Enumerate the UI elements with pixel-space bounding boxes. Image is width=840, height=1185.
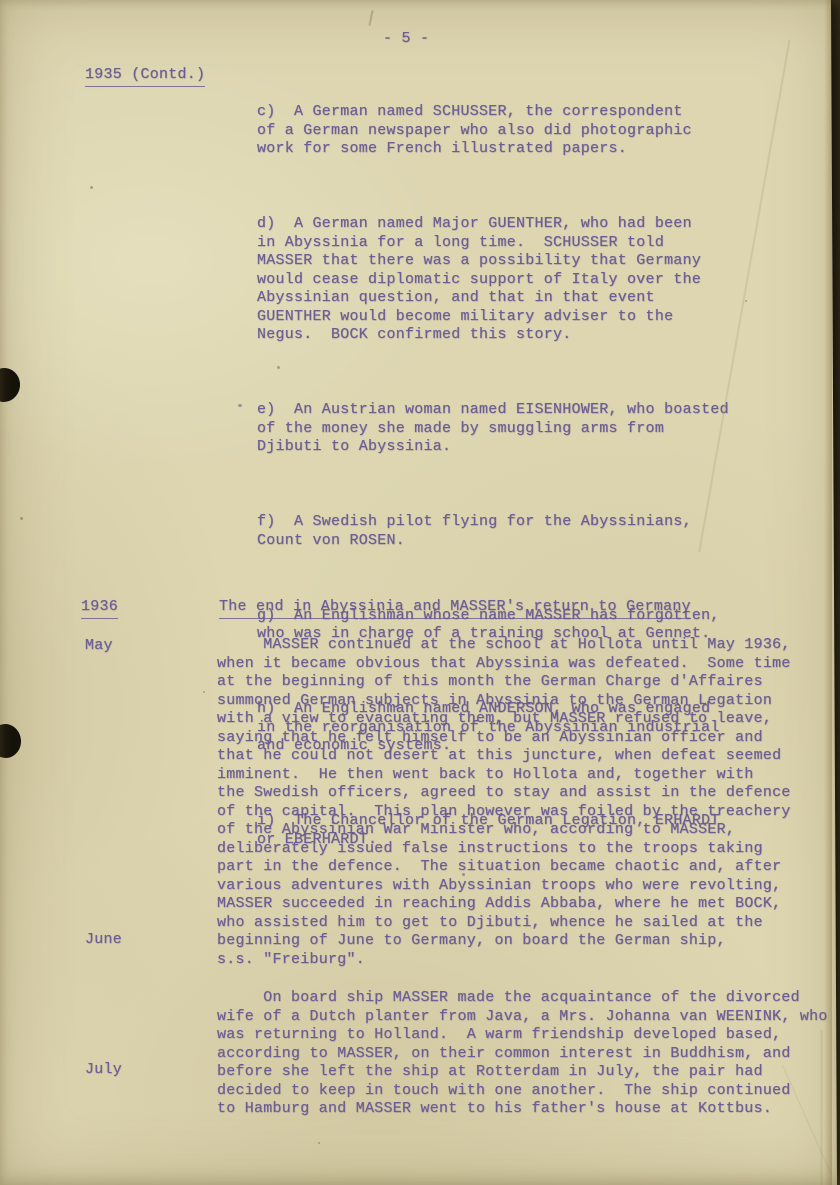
hole-punch-top <box>0 366 22 404</box>
paper-scratch <box>368 10 373 26</box>
list-item-d: d) A German named Major GUENTHER, who ha… <box>257 215 777 345</box>
hole-punch-bottom <box>0 722 23 759</box>
paper-speck <box>90 186 93 189</box>
margin-year-1936-label: 1936 <box>81 598 118 619</box>
margin-month-july: July <box>85 1061 122 1080</box>
paper-speck <box>203 691 205 693</box>
list-item-f: f) A Swedish pilot flying for the Abyssi… <box>257 513 777 550</box>
margin-year-1936: 1936 <box>81 598 118 619</box>
document-page: - 5 - 1935 (Contd.) c) A German named SC… <box>0 0 840 1185</box>
margin-month-june: June <box>85 931 122 950</box>
paragraph-july: On board ship MASSER made the acquaintan… <box>217 989 828 1119</box>
paper-speck <box>318 1142 320 1144</box>
section-heading-text: The end in Abyssinia and MASSER's return… <box>219 598 691 619</box>
list-item-e: e) An Austrian woman named EISENHOWER, w… <box>257 401 777 457</box>
page-number: - 5 - <box>383 30 429 49</box>
paper-speck <box>462 873 465 876</box>
paragraph-may-june: MASSER continued at the school at Hollot… <box>217 636 791 969</box>
paper-speck <box>238 404 242 407</box>
paper-edge-shadow <box>824 0 832 1185</box>
margin-year-1935-label: 1935 (Contd.) <box>85 66 205 87</box>
paper-speck <box>745 300 747 302</box>
margin-year-1935: 1935 (Contd.) <box>85 66 205 87</box>
list-item-c: c) A German named SCHUSSER, the correspo… <box>257 103 777 159</box>
paper-speck <box>20 517 23 520</box>
section-heading: The end in Abyssinia and MASSER's return… <box>219 598 691 619</box>
paper-speck <box>277 366 280 369</box>
margin-month-may: May <box>85 637 113 656</box>
